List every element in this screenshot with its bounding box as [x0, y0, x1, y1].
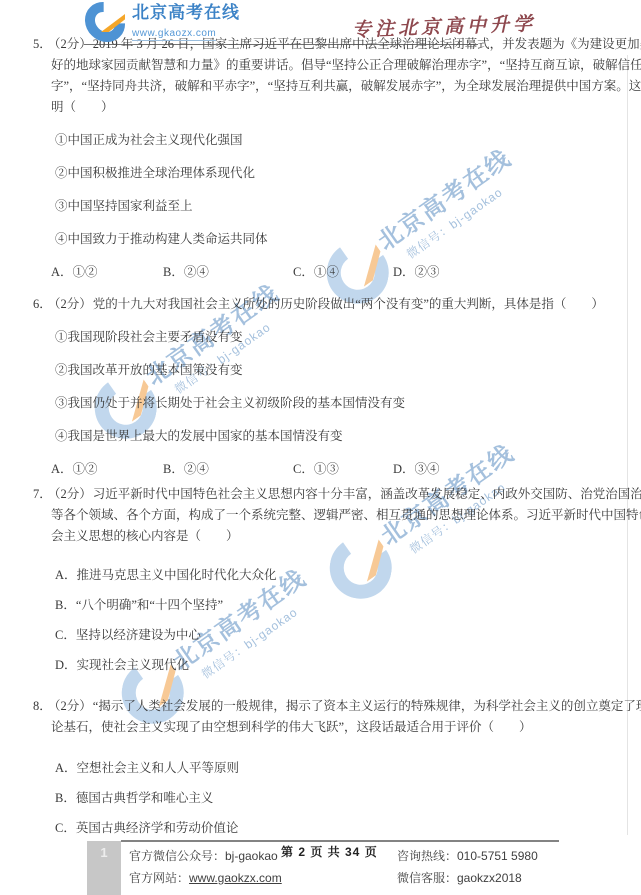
- question-number: 5．: [33, 34, 48, 55]
- option-item-b: B．德国古典哲学和唯心主义: [33, 788, 631, 809]
- answer-option-a: A．①②: [51, 459, 163, 480]
- question-stem-line: 等各个领域、各个方面，构成了一个系统完整、逻辑严密、相互贯通的思想理论体系。习近…: [33, 505, 631, 526]
- page-number-box: 1: [87, 841, 121, 895]
- footer-wechat-official: 官方微信公众号：bj-gaokao: [129, 845, 282, 867]
- footer-website-label: 官方网站：: [129, 871, 189, 885]
- document-page: 北京高考在线 微信号：bj-gaokao 北京高考在线 微信号：bj-gaoka…: [0, 0, 641, 895]
- choice-item: ③我国仍处于并将长期处于社会主义初级阶段的基本国情没有变: [33, 393, 631, 414]
- footer-divider: [121, 840, 559, 842]
- answer-option-c: C．①④: [293, 262, 393, 283]
- question-score: （2分）: [48, 487, 92, 501]
- question-number: 7．: [33, 484, 48, 505]
- choice-item: ④中国致力于推动构建人类命运共同体: [33, 229, 631, 250]
- footer-hotline: 咨询热线：010-5751 5980: [397, 845, 538, 867]
- question-stem-line: 论基石，使社会主义实现了由空想到科学的伟大飞跃”，这段话最适合用于评价（ ）: [33, 717, 631, 738]
- option-item-b: B．“八个明确”和“十四个坚持”: [33, 595, 631, 616]
- answer-option-d: D．③④: [393, 459, 440, 480]
- question-8: 8．（2分）“揭示了人类社会发展的一般规律，揭示了资本主义运行的特殊规律，为科学…: [33, 696, 631, 839]
- page-indicator: 第 2 页 共 34 页: [281, 843, 378, 860]
- question-stem-line: 7．（2分）习近平新时代中国特色社会主义思想内容十分丰富，涵盖改革发展稳定、内政…: [33, 484, 631, 505]
- gk-logo-icon: [84, 3, 126, 41]
- answer-row: A．①②B．②④C．①③D．③④: [33, 459, 631, 480]
- choice-item: ②中国积极推进全球治理体系现代化: [33, 163, 631, 184]
- option-item-d: D．实现社会主义现代化: [33, 655, 631, 676]
- question-score: （2分）: [48, 699, 92, 713]
- answer-option-b: B．②④: [163, 262, 293, 283]
- question-stem-line: 8．（2分）“揭示了人类社会发展的一般规律，揭示了资本主义运行的特殊规律，为科学…: [33, 696, 631, 717]
- choice-item: ①我国现阶段社会主要矛盾没有变: [33, 327, 631, 348]
- choice-item: ④我国是世界上最大的发展中国家的基本国情没有变: [33, 426, 631, 447]
- question-5: 5．（2分）2019 年 3 月 26 日，国家主席习近平在巴黎出席中法全球治理…: [33, 34, 631, 283]
- stem-text: 习近平新时代中国特色社会主义思想内容十分丰富，涵盖改革发展稳定、内政外交国防、治…: [93, 487, 641, 501]
- question-stem-line: 明（ ）: [33, 97, 631, 118]
- footer-contact-right: 咨询热线：010-5751 5980 微信客服：gaokzx2018: [397, 845, 538, 889]
- footer-contact-left: 官方微信公众号：bj-gaokao 官方网站：www.gaokzx.com: [129, 845, 282, 889]
- question-stem-line: 6．（2分）党的十九大对我国社会主义所处的历史阶段做出“两个没有变”的重大判断，…: [33, 294, 631, 315]
- answer-option-b: B．②④: [163, 459, 293, 480]
- option-item-a: A．空想社会主义和人人平等原则: [33, 758, 631, 779]
- question-stem-line: 好的地球家园贡献智慧和力量》的重要讲话。倡导“坚持公正合理破解治理赤字”，“坚持…: [33, 55, 631, 76]
- answer-row: A．①②B．②④C．①④D．②③: [33, 262, 631, 283]
- stem-text: “揭示了人类社会发展的一般规律，揭示了资本主义运行的特殊规律，为科学社会主义的创…: [93, 699, 641, 713]
- answer-option-d: D．②③: [393, 262, 440, 283]
- strikethrough-artifact: [84, 44, 478, 45]
- footer-website-link[interactable]: www.gaokzx.com: [189, 871, 282, 885]
- question-6: 6．（2分）党的十九大对我国社会主义所处的历史阶段做出“两个没有变”的重大判断，…: [33, 294, 631, 480]
- site-logo: 北京高考在线 www.gkaozx.com: [84, 3, 240, 41]
- question-stem-line: 会主义思想的核心内容是（ ）: [33, 526, 631, 547]
- site-logo-url: www.gkaozx.com: [132, 28, 216, 41]
- option-item-c: C．英国古典经济学和劳动价值论: [33, 818, 631, 839]
- option-item-a: A．推进马克思主义中国化时代化大众化: [33, 565, 631, 586]
- site-logo-title: 北京高考在线: [132, 3, 240, 23]
- footer-website-line: 官方网站：www.gaokzx.com: [129, 867, 282, 889]
- stem-text: 党的十九大对我国社会主义所处的历史阶段做出“两个没有变”的重大判断，具体是指（ …: [93, 297, 604, 311]
- choice-item: ①中国正成为社会主义现代化强国: [33, 130, 631, 151]
- option-item-c: C．坚持以经济建设为中心: [33, 625, 631, 646]
- question-number: 6．: [33, 294, 48, 315]
- question-stem-line: 字”，“坚持同舟共济，破解和平赤字”，“坚持互利共赢，破解发展赤字”，为全球发展…: [33, 76, 631, 97]
- answer-option-c: C．①③: [293, 459, 393, 480]
- answer-option-a: A．①②: [51, 262, 163, 283]
- question-number: 8．: [33, 696, 48, 717]
- question-7: 7．（2分）习近平新时代中国特色社会主义思想内容十分丰富，涵盖改革发展稳定、内政…: [33, 484, 631, 676]
- question-score: （2分）: [48, 297, 92, 311]
- choice-item: ②我国改革开放的基本国策没有变: [33, 360, 631, 381]
- choice-item: ③中国坚持国家利益至上: [33, 196, 631, 217]
- footer-wechat-service: 微信客服：gaokzx2018: [397, 867, 538, 889]
